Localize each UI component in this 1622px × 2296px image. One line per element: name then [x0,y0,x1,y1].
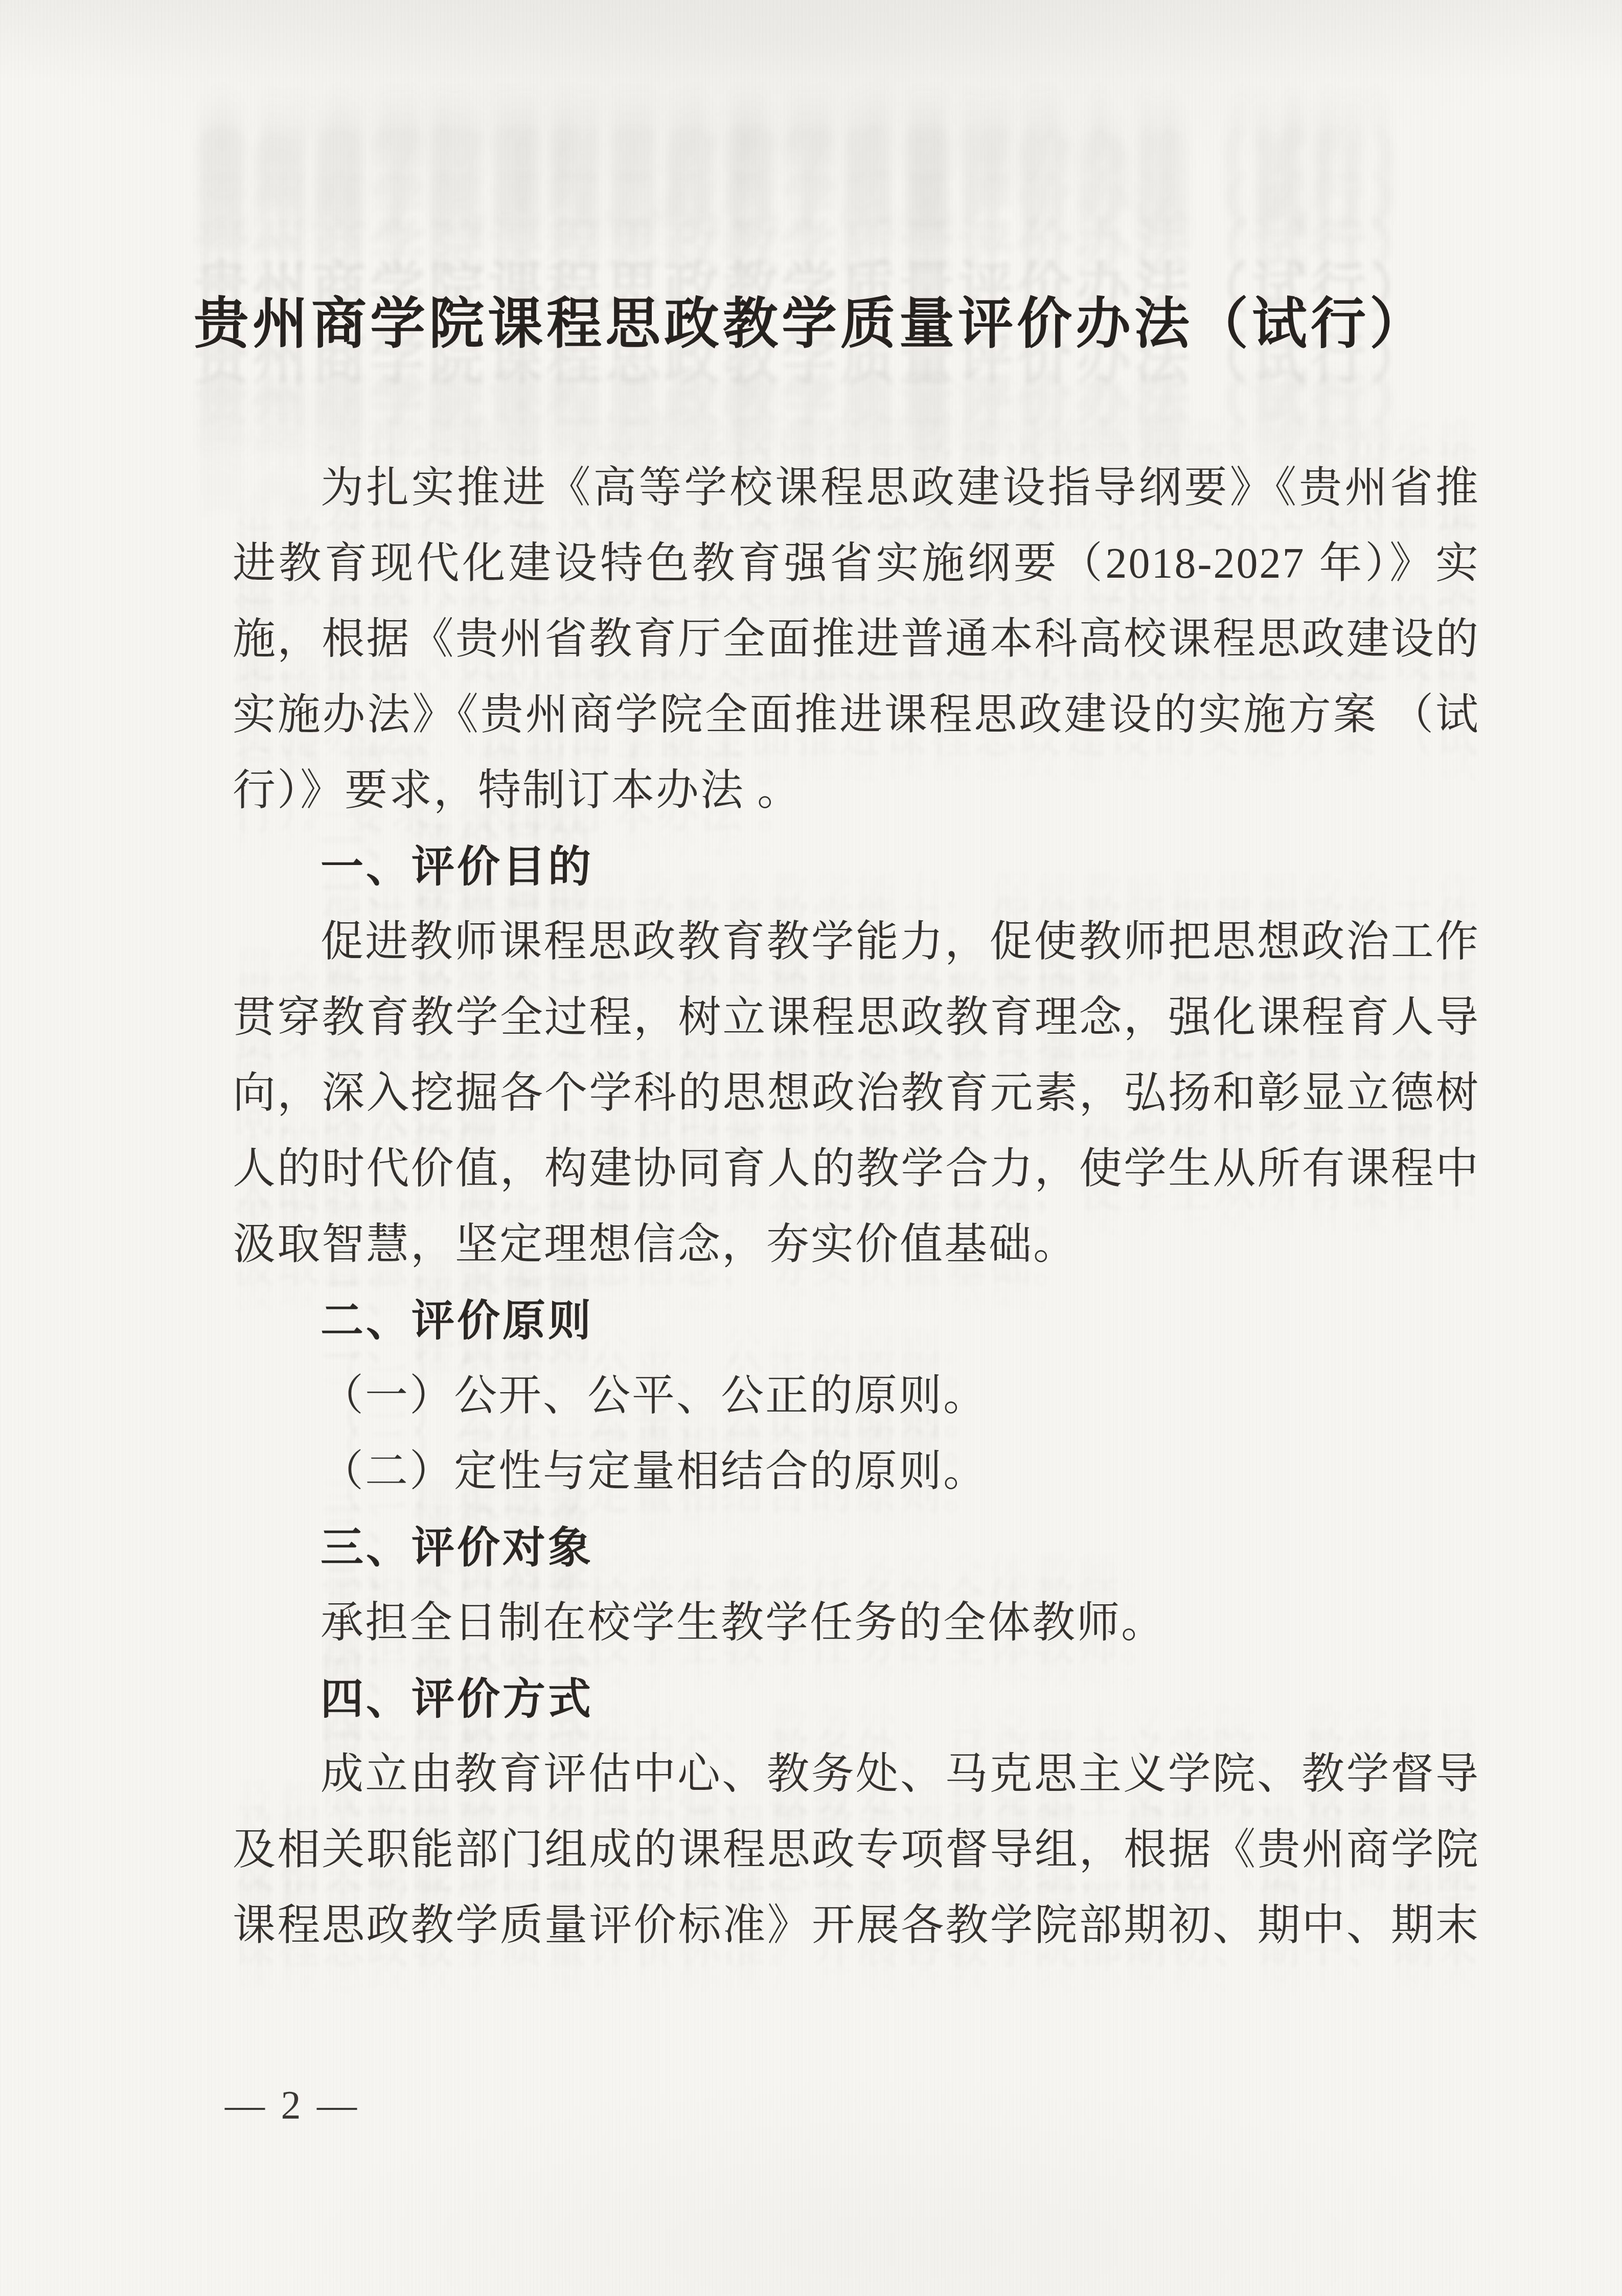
document-title: 贵州商学院课程思政教学质量评价办法（试行） [0,279,1622,371]
body-line: 促进教师课程思政教育教学能力，促使教师把思想政治工作 [233,904,1480,980]
body-line: 汲取智慧，坚定理想信念，夯实价值基础。 [233,1207,1480,1283]
section-heading-3: 三、评价对象 [233,1510,1480,1585]
body-line: 承担全日制在校学生教学任务的全体教师。 [233,1585,1480,1661]
body-line: 及相关职能部门组成的课程思政专项督导组，根据《贵州商学院 [233,1812,1480,1888]
section-heading-1: 一、评价目的 [233,829,1480,904]
body-line: 课程思政教学质量评价标准》开展各教学院部期初、期中、期末 [233,1888,1480,1964]
body-line: （一）公开、公平、公正的原则。 [233,1358,1480,1434]
body-line: 行）》要求，特制订本办法 。 [233,753,1480,829]
body-line: 进教育现代化建设特色教育强省实施纲要（2018-2027 年）》实 [233,526,1480,602]
body-line: （二）定性与定量相结合的原则。 [233,1434,1480,1510]
scanned-document-page: 贵州商学院课程思政教学质量评价办法（试行） 贵州商学院课程思政教学质量评价办法（… [0,0,1622,2296]
body-line: 贯穿教育教学全过程，树立课程思政教育理念，强化课程育人导 [233,980,1480,1056]
body-line: 为扎实推进《高等学校课程思政建设指导纲要》《贵州省推 [233,450,1480,526]
body-line: 施，根据《贵州省教育厅全面推进普通本科高校课程思政建设的 [233,602,1480,677]
scan-bleed-artifact: 贵州商学院课程思政教学质量评价办法（试行） [0,61,1622,267]
body-line: 实施办法》《贵州商学院全面推进课程思政建设的实施方案 （试 [233,677,1480,753]
body-line: 人的时代价值，构建协同育人的教学合力，使学生从所有课程中 [233,1131,1480,1207]
section-heading-2: 二、评价原则 [233,1283,1480,1358]
section-heading-4: 四、评价方式 [233,1661,1480,1737]
document-body: 为扎实推进《高等学校课程思政建设指导纲要》《贵州省推 进教育现代化建设特色教育强… [233,450,1480,1964]
body-line: 向，深入挖掘各个学科的思想政治教育元素，弘扬和彰显立德树 [233,1056,1480,1131]
page-number: — 2 — [225,2077,360,2133]
body-line: 成立由教育评估中心、教务处、马克思主义学院、教学督导 [233,1737,1480,1812]
